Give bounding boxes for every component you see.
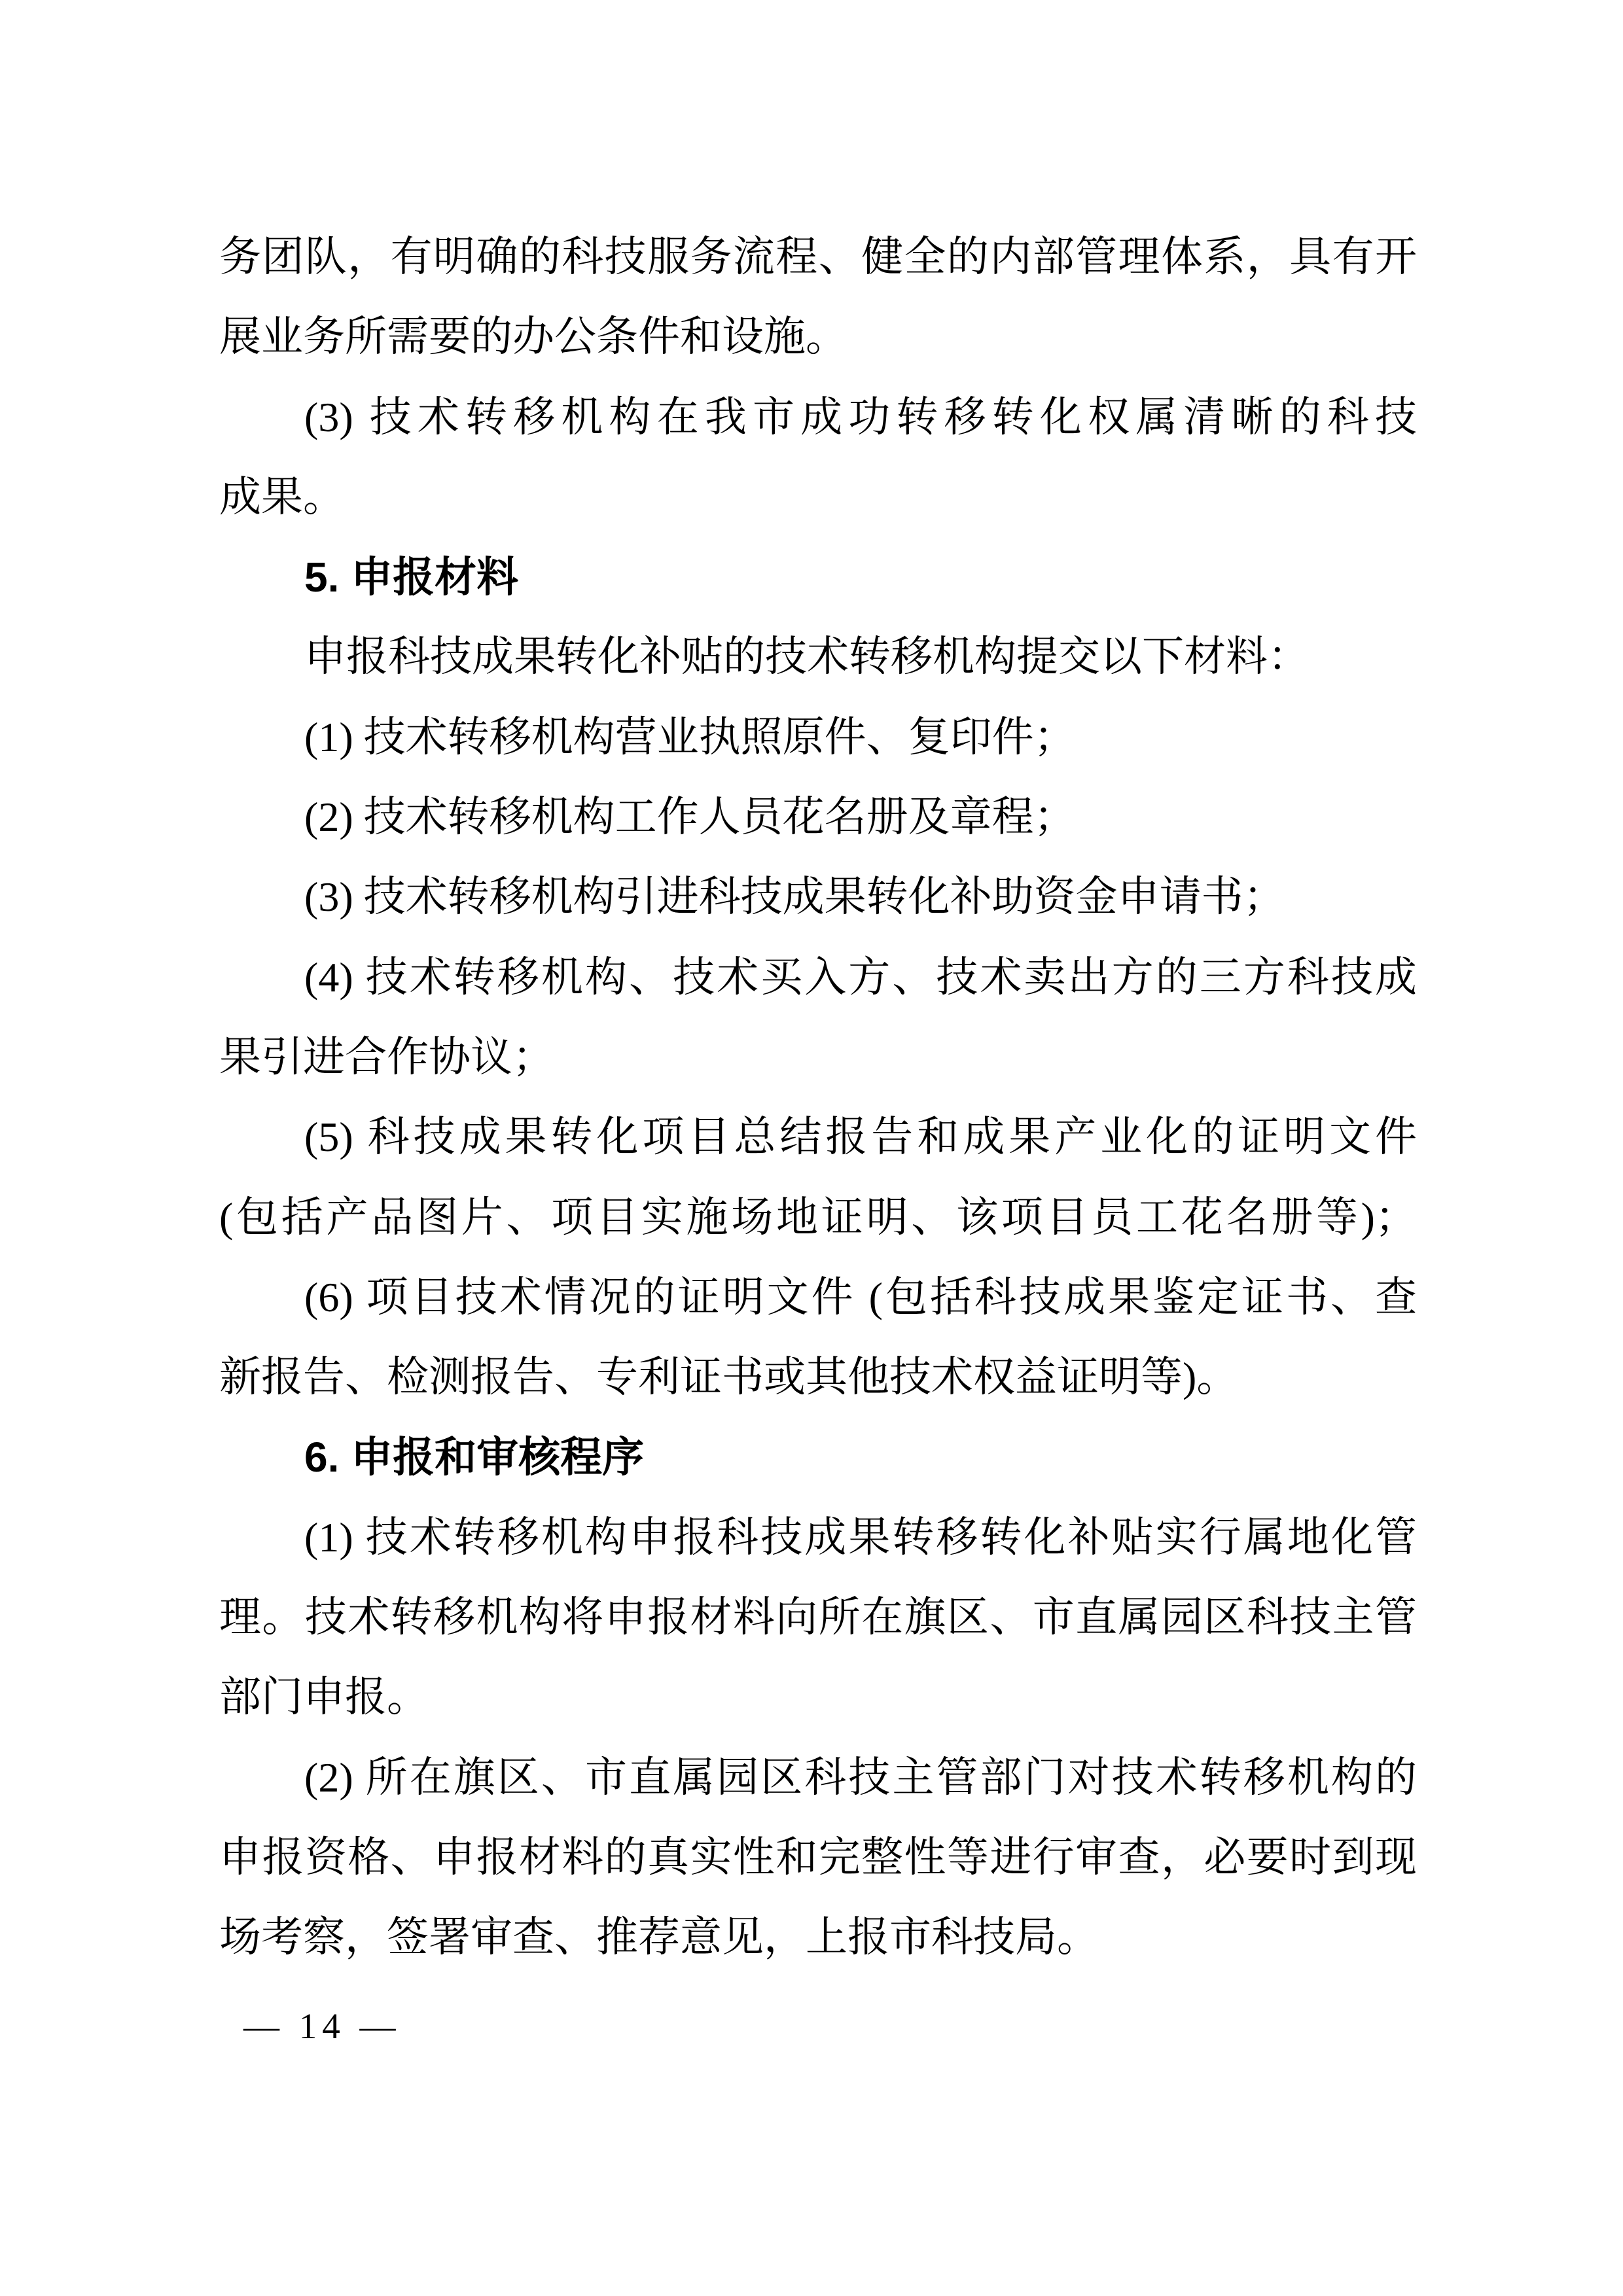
document-line: 场考察，签署审查、推荐意见，上报市科技局。 <box>219 1898 1417 1977</box>
document-line: 果引进合作协议； <box>219 1017 1417 1097</box>
section-heading-6: 6. 申报和审核程序 <box>219 1417 1417 1497</box>
document-line: 成果。 <box>219 457 1417 537</box>
document-line: (2) 技术转移机构工作人员花名册及章程； <box>219 777 1417 857</box>
document-line: 务团队，有明确的科技服务流程、健全的内部管理体系，具有开 <box>219 217 1417 297</box>
document-page: 务团队，有明确的科技服务流程、健全的内部管理体系，具有开 展业务所需要的办公条件… <box>0 0 1623 2296</box>
document-line: (3) 技术转移机构在我市成功转移转化权属清晰的科技 <box>219 378 1417 457</box>
document-line: 申报资格、申报材料的真实性和完整性等进行审查，必要时到现 <box>219 1818 1417 1898</box>
document-line: (4) 技术转移机构、技术买入方、技术卖出方的三方科技成 <box>219 938 1417 1017</box>
document-line: (包括产品图片、项目实施场地证明、该项目员工花名册等)； <box>219 1178 1417 1258</box>
document-line: 申报科技成果转化补贴的技术转移机构提交以下材料： <box>219 617 1417 697</box>
document-line: (6) 项目技术情况的证明文件 (包括科技成果鉴定证书、查 <box>219 1258 1417 1337</box>
document-line: 部门申报。 <box>219 1657 1417 1737</box>
document-line: (1) 技术转移机构申报科技成果转移转化补贴实行属地化管 <box>219 1498 1417 1578</box>
document-line: 展业务所需要的办公条件和设施。 <box>219 297 1417 377</box>
document-text-block: 务团队，有明确的科技服务流程、健全的内部管理体系，具有开 展业务所需要的办公条件… <box>219 217 1417 1978</box>
document-line: 新报告、检测报告、专利证书或其他技术权益证明等)。 <box>219 1337 1417 1417</box>
page-number: — 14 — <box>243 1997 401 2056</box>
section-heading-5: 5. 申报材料 <box>219 537 1417 617</box>
document-line: (1) 技术转移机构营业执照原件、复印件； <box>219 698 1417 777</box>
document-line: (5) 科技成果转化项目总结报告和成果产业化的证明文件 <box>219 1097 1417 1177</box>
document-line: (3) 技术转移机构引进科技成果转化补助资金申请书； <box>219 857 1417 937</box>
document-line: (2) 所在旗区、市直属园区科技主管部门对技术转移机构的 <box>219 1738 1417 1818</box>
document-line: 理。技术转移机构将申报材料向所在旗区、市直属园区科技主管 <box>219 1578 1417 1657</box>
